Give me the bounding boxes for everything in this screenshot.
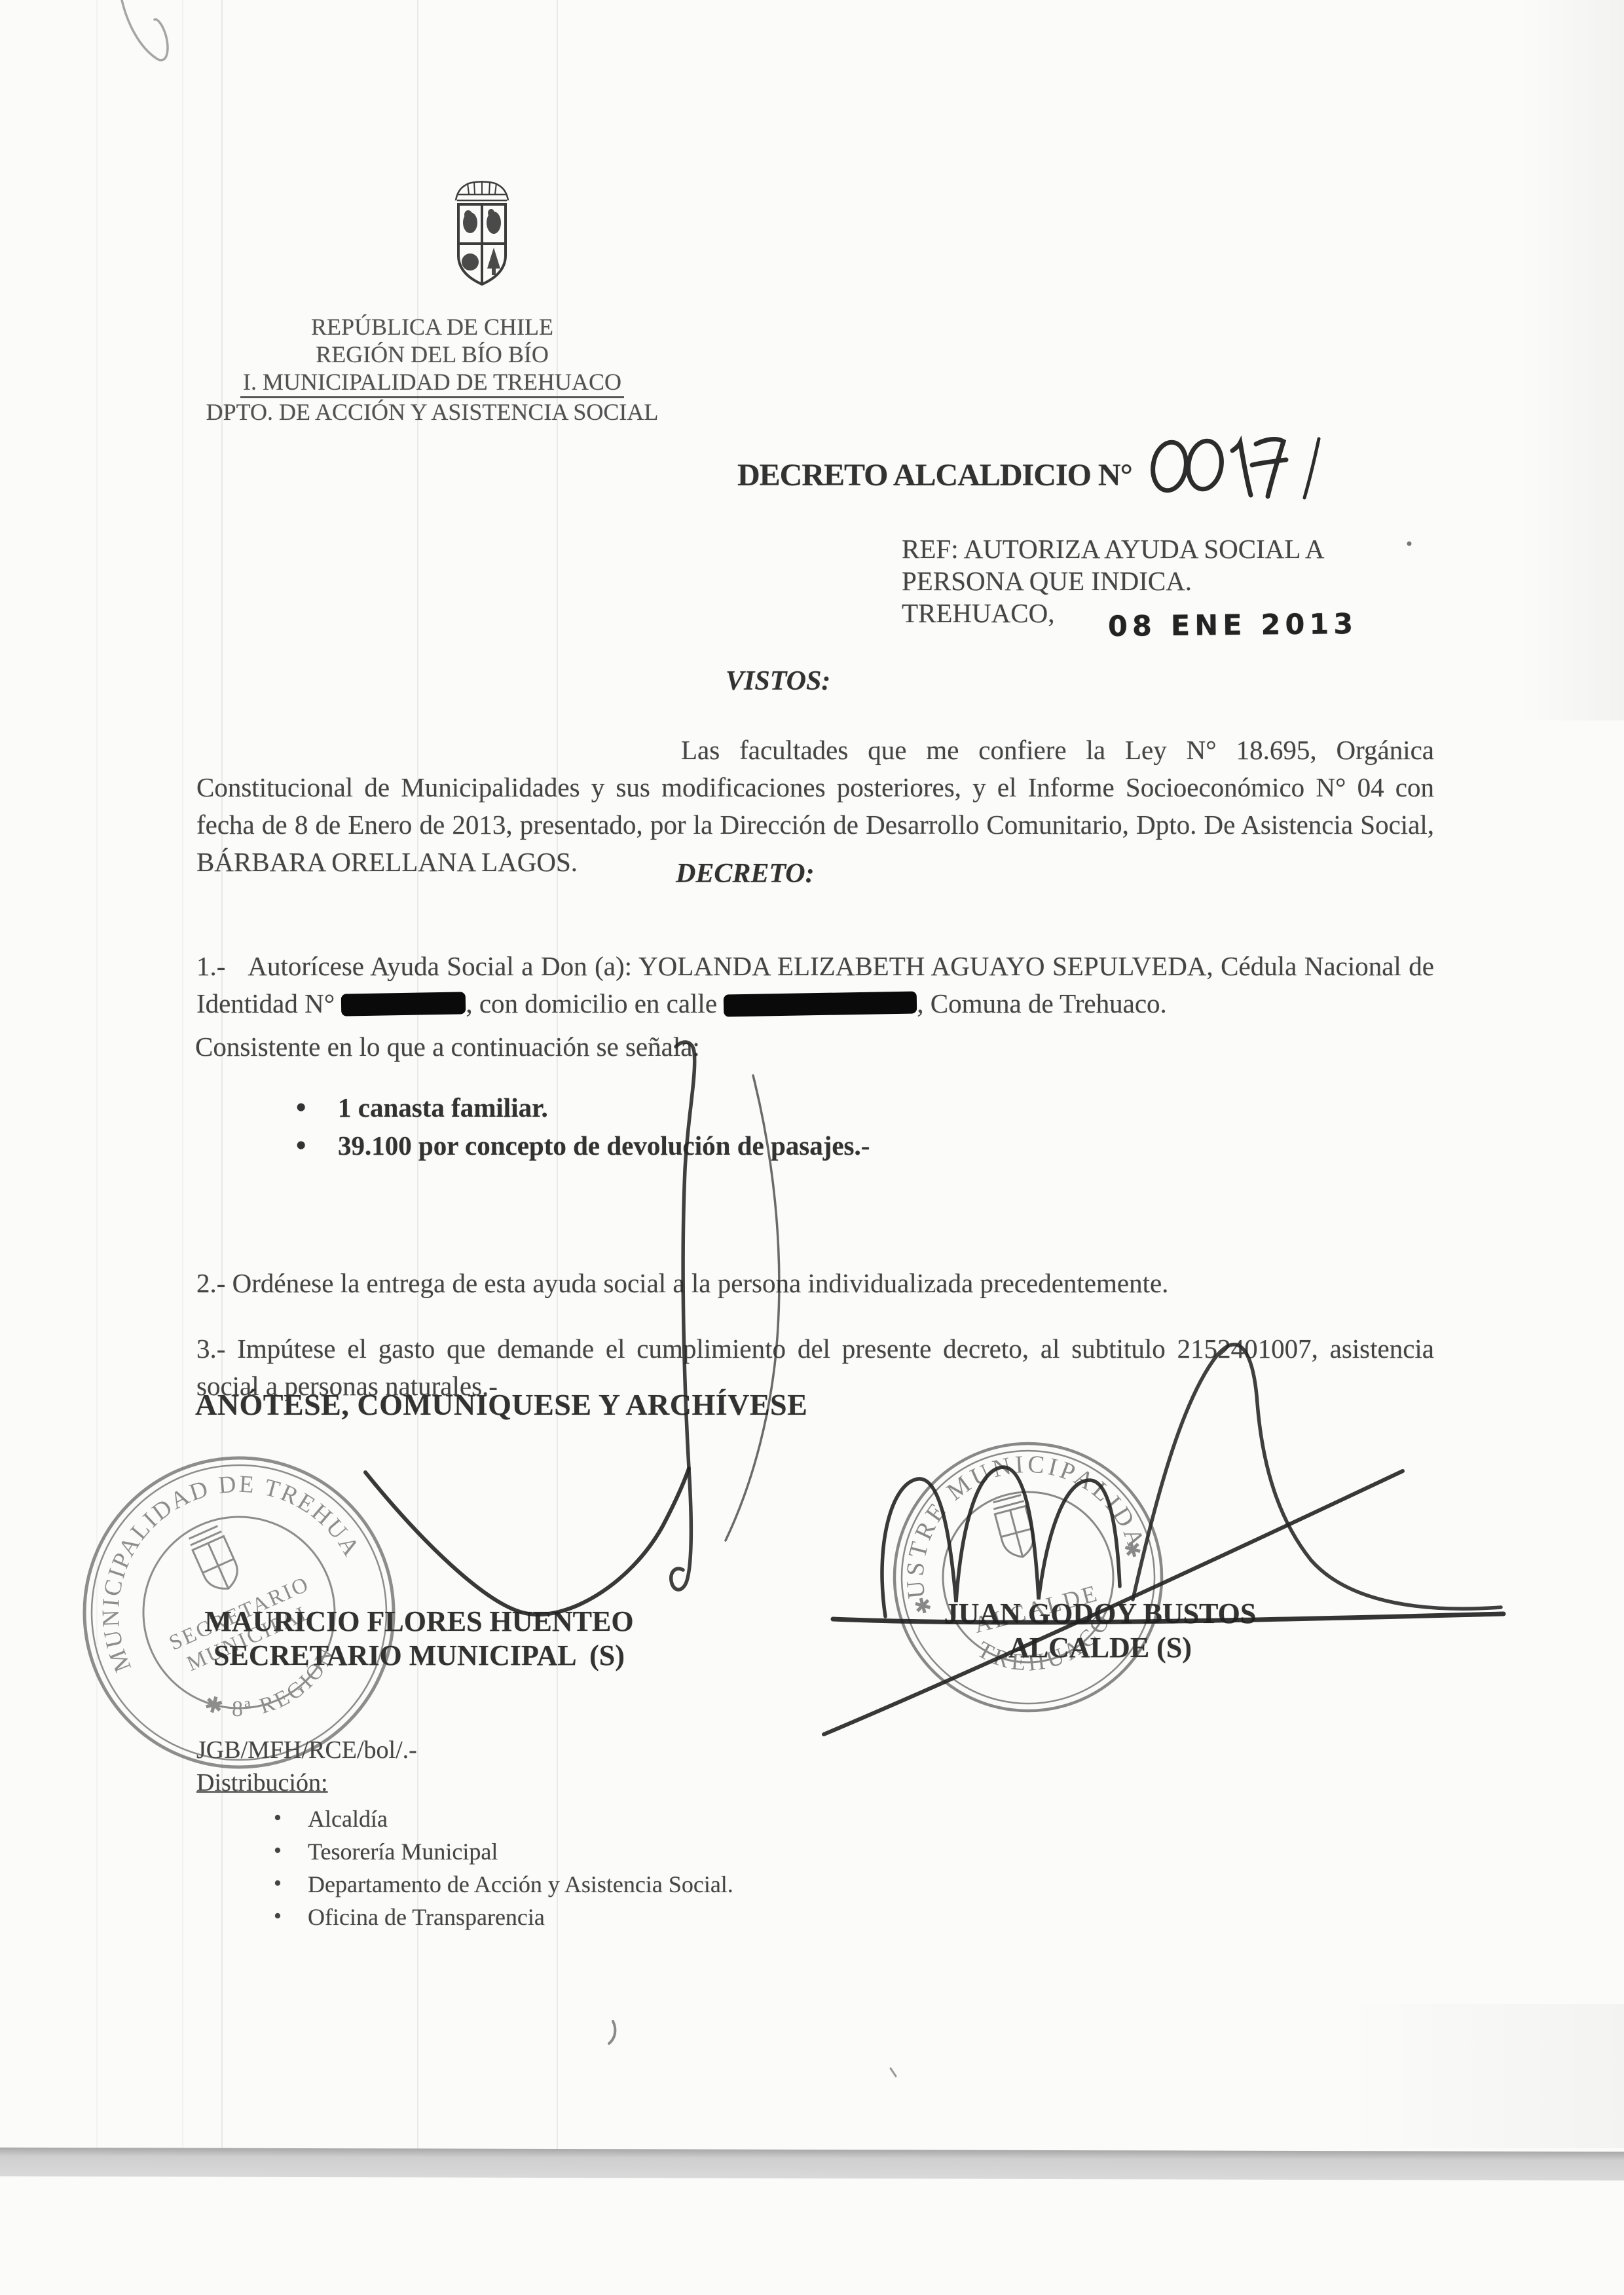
scan-shadow-band — [0, 2148, 1624, 2181]
letterhead-municipality: I. MUNICIPALIDAD DE TREHUACO — [240, 368, 624, 398]
article-1: 1.-Autorícese Ayuda Social a Don (a): YO… — [196, 948, 1434, 1022]
distribution-list: Alcaldía Tesorería Municipal Departament… — [274, 1802, 733, 1933]
stamp-crest-icon — [992, 1495, 1038, 1561]
redaction-bar-id-number — [341, 992, 466, 1016]
signature-block-mayor: JUAN GODOY BUSTOS ALCALDE (S) — [904, 1597, 1297, 1665]
letterhead: REPÚBLICA DE CHILE REGIÓN DEL BÍO BÍO I.… — [170, 313, 694, 426]
article-2: 2.- Ordénese la entrega de esta ayuda so… — [196, 1265, 1434, 1302]
date-stamp: 08 ENE 2013 — [1108, 608, 1358, 643]
mayor-round-stamp-icon: ILUSTRE MUNICIPALIDAD TREHUACO ✱ ✱ ALCAL… — [852, 1401, 1205, 1754]
article-1-text: , con domicilio en calle — [466, 988, 724, 1018]
distribution-item: Tesorería Municipal — [274, 1835, 733, 1868]
scanned-decree-page: { "page": { "paper_color": "#fbfbfa", "i… — [0, 0, 1624, 2295]
signer-name: MAURICIO FLORES HUENTEO — [164, 1605, 674, 1639]
scan-edge-shadow — [1342, 2004, 1624, 2148]
stray-mark — [609, 2021, 615, 2043]
scan-fold-line — [96, 0, 98, 2150]
stamp-arc-top-text: ILUSTRE MUNICIPALIDAD — [852, 1401, 1152, 1620]
responsibility-initials: JGB/MFH/RCE/bol/.- — [196, 1736, 417, 1764]
svg-text:ILUSTRE MUNICIPALIDAD: ILUSTRE MUNICIPALIDAD — [852, 1401, 1152, 1620]
stray-mark — [1407, 542, 1412, 546]
letterhead-republic: REPÚBLICA DE CHILE — [170, 313, 694, 341]
coat-of-arms-icon — [448, 178, 516, 291]
scan-edge-shadow — [1519, 0, 1624, 720]
decree-title: DECRETO ALCALDICIO N° — [737, 457, 1132, 493]
redaction-bar-address — [724, 991, 917, 1017]
letterhead-region: REGIÓN DEL BÍO BÍO — [170, 341, 694, 368]
article-1-number: 1.- — [196, 951, 225, 981]
letterhead-department: DPTO. DE ACCIÓN Y ASISTENCIA SOCIAL — [170, 398, 694, 426]
distribution-item: Oficina de Transparencia — [274, 1901, 733, 1933]
article-1-text: , Comuna de Trehuaco. — [917, 988, 1167, 1018]
stray-mark — [891, 2068, 896, 2076]
signature-stroke — [365, 1468, 689, 1614]
stamp-crest-icon — [188, 1525, 244, 1595]
decreto-label: DECRETO: — [676, 858, 815, 889]
distribution-item: Departamento de Acción y Asistencia Soci… — [274, 1868, 733, 1901]
signer-role: SECRETARIO MUNICIPAL (S) — [164, 1639, 674, 1673]
vistos-label: VISTOS: — [726, 665, 830, 697]
signature-block-secretary: MAURICIO FLORES HUENTEO SECRETARIO MUNIC… — [164, 1605, 674, 1673]
handwritten-decree-number — [1147, 424, 1324, 506]
benefit-item: 1 canasta familiar. — [296, 1089, 870, 1127]
vistos-paragraph: Las facultades que me confiere la Ley N°… — [196, 732, 1434, 881]
scan-pen-squiggle — [122, 0, 168, 60]
signer-role: ALCALDE (S) — [904, 1631, 1297, 1665]
signer-name: JUAN GODOY BUSTOS — [904, 1597, 1297, 1631]
benefit-list: 1 canasta familiar. 39.100 por concepto … — [296, 1089, 870, 1165]
ref-line: PERSONA QUE INDICA. — [902, 565, 1325, 597]
benefit-item: 39.100 por concepto de devolución de pas… — [296, 1127, 870, 1165]
distribution-item: Alcaldía — [274, 1802, 733, 1835]
article-1-continuation: Consistente en lo que a continuación se … — [195, 1031, 700, 1062]
ref-line: REF: AUTORIZA AYUDA SOCIAL A — [902, 533, 1325, 565]
distribution-label: Distribución: — [196, 1768, 328, 1797]
